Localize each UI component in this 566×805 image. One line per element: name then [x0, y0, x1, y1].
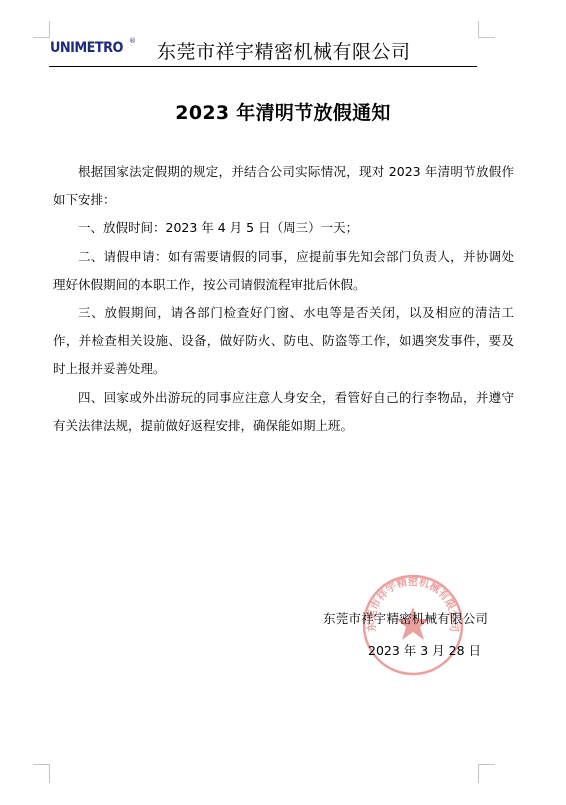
intro-paragraph: 根据国家法定假期的规定，并结合公司实际情况，现对 2023 年清明节放假作如下安…	[53, 158, 514, 214]
document-title: 2023 年清明节放假通知	[0, 98, 566, 125]
page-corner-mark-top-right	[478, 21, 495, 38]
letterhead-company-name: 东莞市祥宇精密机械有限公司	[157, 37, 411, 64]
signature-company: 东莞市祥宇精密机械有限公司	[323, 609, 488, 627]
letterhead: UNIMETRO ® 东莞市祥宇精密机械有限公司	[49, 36, 477, 67]
company-logo: UNIMETRO	[50, 40, 123, 56]
item-1-paragraph: 一、放假时间：2023 年 4 月 5 日（周三）一天；	[53, 214, 514, 242]
page-corner-mark-top-left	[33, 21, 50, 38]
item-4-paragraph: 四、回家或外出游玩的同事应注意人身安全，看管好自己的行李物品，并遵守有关法律法规…	[53, 384, 514, 440]
document-body: 根据国家法定假期的规定，并结合公司实际情况，现对 2023 年清明节放假作如下安…	[53, 158, 514, 440]
item-2-paragraph: 二、请假申请：如有需要请假的同事，应提前事先知会部门负责人，并协调处理好休假期间…	[53, 243, 514, 299]
item-3-paragraph: 三、放假期间，请各部门检查好门窗、水电等是否关闭，以及相应的清洁工作，并检查相关…	[53, 299, 514, 384]
page-corner-mark-bottom-left	[33, 764, 50, 783]
page-corner-mark-bottom-right	[478, 764, 495, 783]
registered-mark-icon: ®	[129, 37, 136, 45]
signature-date: 2023 年 3 月 28 日	[368, 641, 481, 659]
